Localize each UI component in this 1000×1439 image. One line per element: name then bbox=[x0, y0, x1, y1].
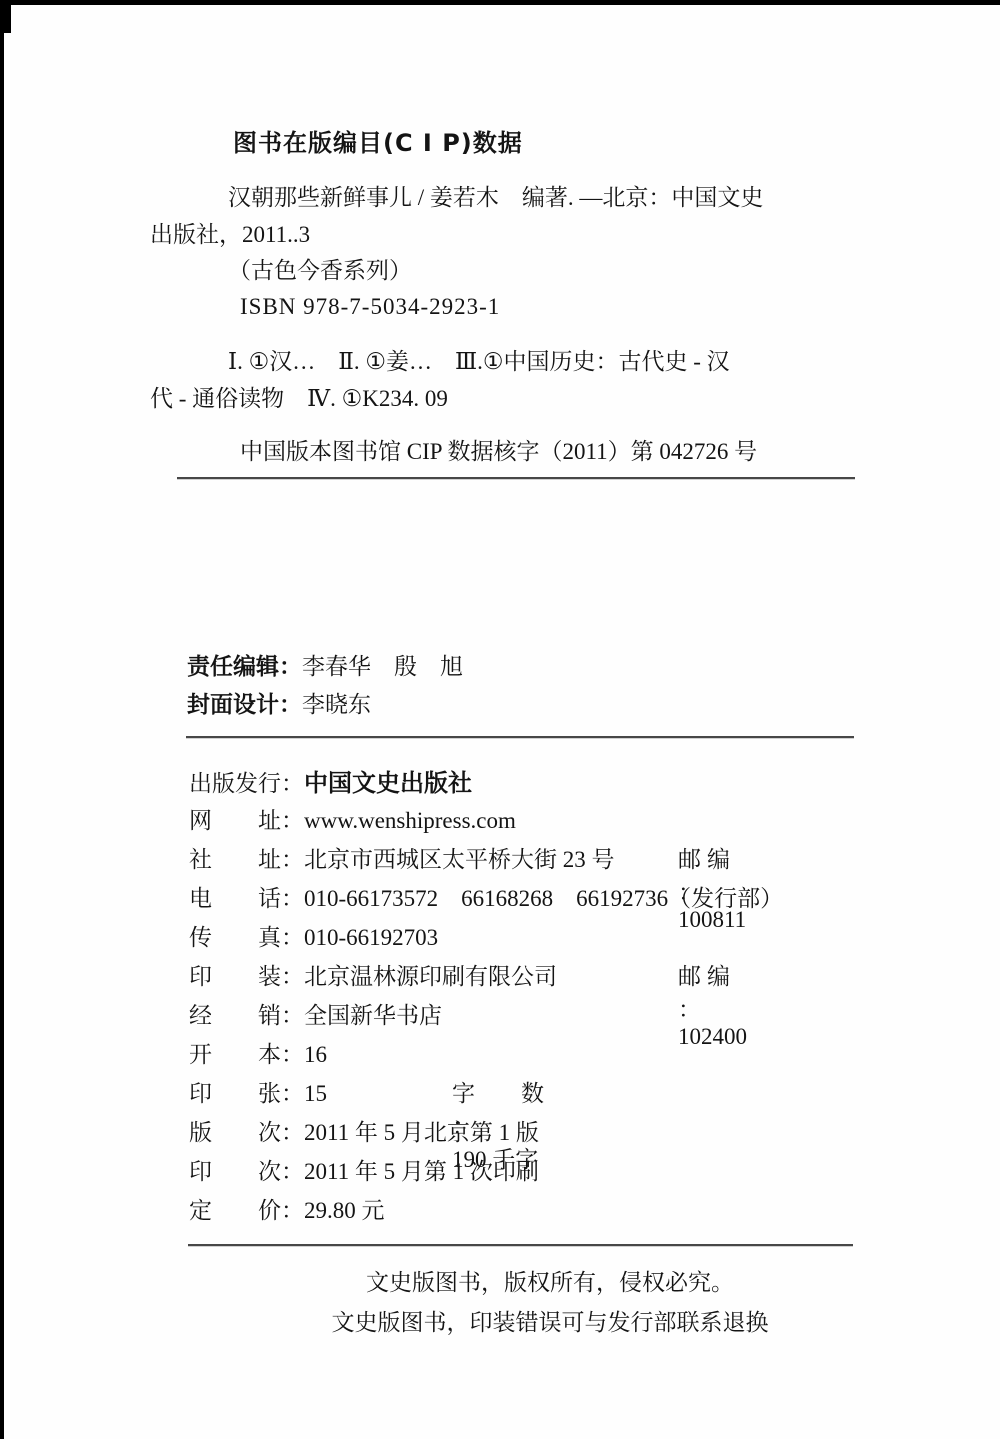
colon: ： bbox=[281, 841, 304, 874]
format-label: 开本 bbox=[189, 1036, 281, 1069]
sheets-value: 15 bbox=[304, 1081, 327, 1107]
editor-label: 责任编辑 bbox=[187, 654, 279, 680]
colon: ： bbox=[281, 802, 304, 835]
scan-border-left bbox=[0, 0, 4, 1439]
editor-colon: ： bbox=[279, 648, 302, 681]
distribution-label: 经销 bbox=[189, 997, 281, 1030]
colon: ： bbox=[281, 997, 304, 1030]
printer-value: 北京温林源印刷有限公司 bbox=[304, 958, 557, 991]
copyright-notice: 文史版图书，版权所有，侵权必究。 bbox=[100, 1264, 1000, 1297]
pub-row-printer: 印装：北京温林源印刷有限公司邮编：102400 bbox=[189, 958, 557, 988]
pub-row-edition: 版次：2011 年 5 月北京第 1 版 bbox=[189, 1114, 539, 1144]
website-value: www.wenshipress.com bbox=[304, 808, 516, 834]
pub-row-printing: 印次：2011 年 5 月第 1 次印刷 bbox=[189, 1153, 539, 1183]
printer-label: 印装 bbox=[189, 958, 281, 991]
colon: ： bbox=[281, 958, 304, 991]
pub-row-address: 社址：北京市西城区太平桥大街 23 号邮编：100811 bbox=[189, 841, 615, 871]
editor-names: 李春华 殷 旭 bbox=[302, 648, 463, 681]
edition-value: 2011 年 5 月北京第 1 版 bbox=[304, 1114, 539, 1147]
designer-colon: ： bbox=[279, 686, 302, 719]
publisher-label: 出版发行 bbox=[189, 765, 281, 798]
divider-rule-3 bbox=[188, 1244, 853, 1246]
printer-postcode-label: 邮编：102400 bbox=[678, 958, 747, 1050]
price-label: 定价 bbox=[189, 1192, 281, 1225]
fax-label: 传真 bbox=[189, 919, 281, 952]
printing-label: 印次 bbox=[189, 1153, 281, 1186]
phone-label: 电话 bbox=[189, 880, 281, 913]
colon: ： bbox=[281, 765, 304, 798]
distribution-value: 全国新华书店 bbox=[304, 997, 442, 1030]
colon: ： bbox=[281, 1153, 304, 1186]
address-label: 社址 bbox=[189, 841, 281, 874]
edition-label: 版次 bbox=[189, 1114, 281, 1147]
divider-rule-2 bbox=[186, 736, 854, 738]
price-value: 29.80 元 bbox=[304, 1192, 385, 1225]
cip-class-line2: 代 - 通俗读物 Ⅳ. ①K234. 09 bbox=[150, 385, 448, 414]
designer-credit-row: 封面设计：李晓东 bbox=[187, 686, 371, 719]
pub-row-fax: 传真：010-66192703 bbox=[189, 919, 438, 949]
isbn-line: ISBN 978-7-5034-2923-1 bbox=[240, 293, 500, 322]
phone-value: 010-66173572 66168268 66192736（发行部） bbox=[304, 880, 783, 913]
sheets-label: 印张 bbox=[189, 1075, 281, 1108]
designer-label: 封面设计 bbox=[187, 692, 279, 718]
return-notice: 文史版图书，印装错误可与发行部联系退换 bbox=[100, 1304, 1000, 1337]
colon: ： bbox=[281, 1114, 304, 1147]
cip-publisher-line: 出版社，2011..3 bbox=[150, 221, 310, 250]
pub-row-distribution: 经销：全国新华书店 bbox=[189, 997, 442, 1027]
printer-postcode-value: 102400 bbox=[678, 1024, 747, 1050]
website-label: 网址 bbox=[189, 802, 281, 835]
designer-name: 李晓东 bbox=[302, 686, 371, 719]
cip-record-line: 中国版本图书馆 CIP 数据核字（2011）第 042726 号 bbox=[240, 438, 757, 467]
colon: ： bbox=[281, 1192, 304, 1225]
printing-value: 2011 年 5 月第 1 次印刷 bbox=[304, 1153, 539, 1186]
editor-credit-row: 责任编辑：李春华 殷 旭 bbox=[187, 648, 463, 681]
scan-border-top bbox=[0, 0, 1000, 5]
pub-row-website: 网址：www.wenshipress.com bbox=[189, 802, 516, 832]
cip-title-line: 汉朝那些新鲜事儿 / 姜若木 编著. —北京：中国文史 bbox=[228, 184, 763, 213]
publisher-value: 中国文史出版社 bbox=[304, 763, 472, 798]
colon: ： bbox=[281, 1036, 304, 1069]
colon: ： bbox=[281, 1075, 304, 1108]
address-value: 北京市西城区太平桥大街 23 号 bbox=[304, 841, 615, 874]
fax-value: 010-66192703 bbox=[304, 925, 438, 951]
cip-class-line1: Ⅰ. ①汉… Ⅱ. ①姜… Ⅲ.①中国历史：古代史 - 汉 bbox=[228, 348, 730, 377]
divider-rule-1 bbox=[177, 477, 855, 479]
pub-row-sheets: 印张：15字数：190 千字 bbox=[189, 1075, 327, 1105]
colon: ： bbox=[281, 919, 304, 952]
pub-row-publisher: 出版发行：中国文史出版社 bbox=[189, 763, 472, 793]
copyright-page: 图书在版编目(C I P)数据 汉朝那些新鲜事儿 / 姜若木 编著. —北京：中… bbox=[0, 0, 1000, 1439]
pub-row-price: 定价：29.80 元 bbox=[189, 1192, 385, 1222]
pub-row-format: 开本：16 bbox=[189, 1036, 327, 1066]
pub-row-phone: 电话：010-66173572 66168268 66192736（发行部） bbox=[189, 880, 783, 910]
scan-corner-mark bbox=[0, 0, 11, 33]
cip-series-line: （古色今香系列） bbox=[228, 257, 412, 286]
cip-header: 图书在版编目(C I P)数据 bbox=[233, 128, 523, 158]
format-value: 16 bbox=[304, 1042, 327, 1068]
colon: ： bbox=[281, 880, 304, 913]
